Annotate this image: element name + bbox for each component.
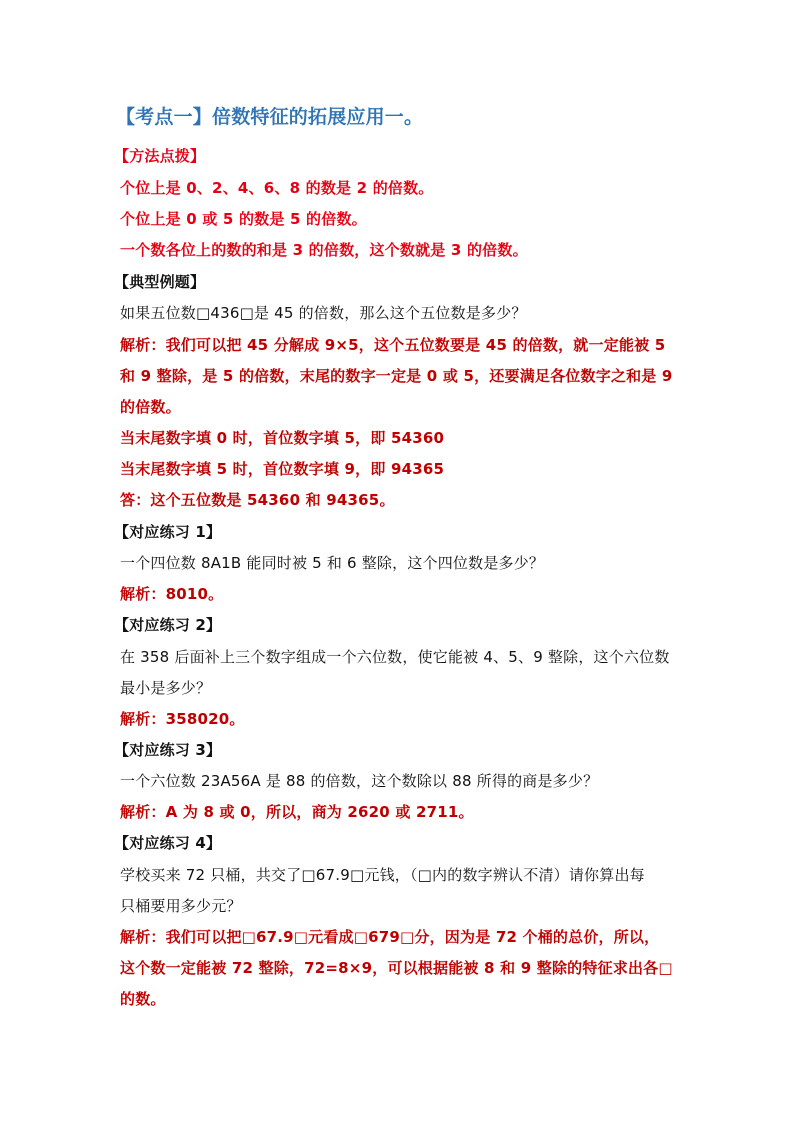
- exercise-4-question: 学校买来 72 只桶，共交了□67.9□元钱，（□内的数字辨认不清）请你算出每: [120, 865, 645, 885]
- example-heading: 【典型例题】: [114, 272, 205, 292]
- exercise-1-heading: 【对应练习 1】: [114, 522, 221, 542]
- exercise-3-heading: 【对应练习 3】: [114, 740, 221, 760]
- exercise-3-analysis: 解析：A 为 8 或 0，所以，商为 2620 或 2711。: [120, 802, 474, 822]
- example-question: 如果五位数□436□是 45 的倍数，那么这个五位数是多少？: [120, 303, 527, 323]
- exercise-4-question: 只桶要用多少元？: [120, 896, 242, 916]
- exercise-4-analysis: 的数。: [120, 989, 166, 1009]
- example-case-1: 当末尾数字填 0 时，首位数字填 5，即 54360: [120, 428, 444, 448]
- exercise-4-heading: 【对应练习 4】: [114, 833, 221, 853]
- example-analysis: 的倍数。: [120, 397, 181, 417]
- example-analysis: 解析：我们可以把 45 分解成 9×5，这个五位数要是 45 的倍数，就一定能被…: [120, 335, 665, 355]
- exercise-2-question: 最小是多少？: [120, 678, 211, 698]
- example-case-2: 当末尾数字填 5 时，首位数字填 9，即 94365: [120, 459, 444, 479]
- exercise-1-analysis: 解析：8010。: [120, 584, 223, 604]
- example-answer: 答：这个五位数是 54360 和 94365。: [120, 490, 395, 510]
- method-heading: 【方法点拨】: [114, 146, 205, 166]
- exercise-1-question: 一个四位数 8A1B 能同时被 5 和 6 整除，这个四位数是多少？: [120, 553, 544, 573]
- exercise-2-heading: 【对应练习 2】: [114, 615, 221, 635]
- method-rule: 一个数各位上的数的和是 3 的倍数，这个数就是 3 的倍数。: [120, 240, 528, 260]
- method-rule: 个位上是 0 或 5 的数是 5 的倍数。: [120, 209, 367, 229]
- exercise-4-analysis: 这个数一定能被 72 整除，72=8×9，可以根据能被 8 和 9 整除的特征求…: [120, 958, 673, 978]
- exercise-4-analysis: 解析：我们可以把□67.9□元看成□679□分，因为是 72 个桶的总价，所以，: [120, 927, 659, 947]
- section-title: 【考点一】倍数特征的拓展应用一。: [116, 107, 423, 127]
- exercise-2-question: 在 358 后面补上三个数字组成一个六位数，使它能被 4、5、9 整除，这个六位…: [120, 647, 670, 667]
- method-rule: 个位上是 0、2、4、6、8 的数是 2 的倍数。: [120, 178, 434, 198]
- exercise-3-question: 一个六位数 23A56A 是 88 的倍数，这个数除以 88 所得的商是多少？: [120, 771, 598, 791]
- example-analysis: 和 9 整除，是 5 的倍数，末尾的数字一定是 0 或 5，还要满足各位数字之和…: [120, 366, 673, 386]
- exercise-2-analysis: 解析：358020。: [120, 709, 245, 729]
